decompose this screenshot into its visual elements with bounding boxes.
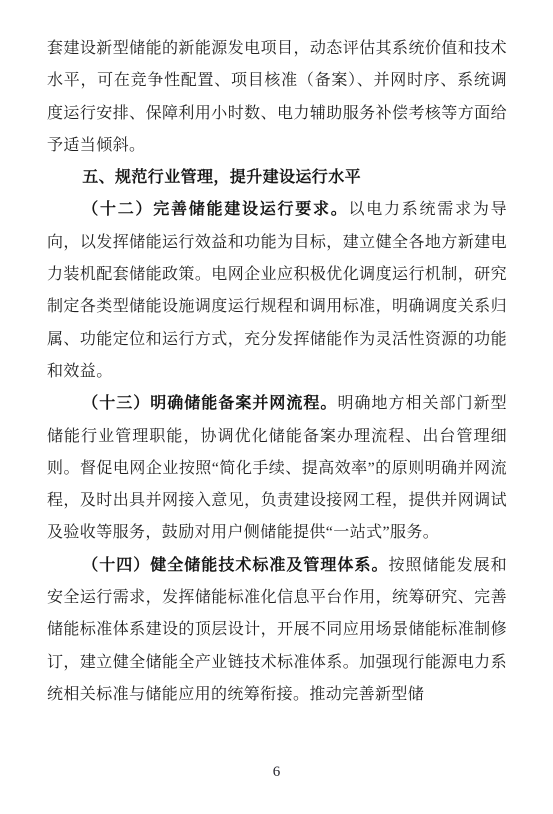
paragraph-14: （十四）健全储能技术标准及管理体系。按照储能发展和安全运行需求，发挥储能标准化信… xyxy=(47,550,507,711)
document-body: 套建设新型储能的新能源发电项目，动态评估其系统价值和技术水平，可在竞争性配置、项… xyxy=(47,33,507,711)
continuation-paragraph: 套建设新型储能的新能源发电项目，动态评估其系统价值和技术水平，可在竞争性配置、项… xyxy=(47,33,507,162)
page-number: 6 xyxy=(0,764,553,781)
paragraph-12-lead: （十二）完善储能建设运行要求。 xyxy=(82,201,348,218)
paragraph-14-lead: （十四）健全储能技术标准及管理体系。 xyxy=(82,557,388,574)
section-heading: 五、规范行业管理，提升建设运行水平 xyxy=(47,162,507,194)
paragraph-13-body: 明确地方相关部门新型储能行业管理职能，协调优化储能备案办理流程、出台管理细则。督… xyxy=(47,395,507,541)
document-page: 套建设新型储能的新能源发电项目，动态评估其系统价值和技术水平，可在竞争性配置、项… xyxy=(0,0,553,814)
paragraph-13-lead: （十三）明确储能备案并网流程。 xyxy=(82,395,337,412)
paragraph-14-body: 按照储能发展和安全运行需求，发挥储能标准化信息平台作用，统筹研究、完善储能标准体… xyxy=(47,557,507,703)
paragraph-13: （十三）明确储能备案并网流程。明确地方相关部门新型储能行业管理职能，协调优化储能… xyxy=(47,388,507,549)
paragraph-12: （十二）完善储能建设运行要求。以电力系统需求为导向，以发挥储能运行效益和功能为目… xyxy=(47,194,507,388)
paragraph-12-body: 以电力系统需求为导向，以发挥储能运行效益和功能为目标，建立健全各地方新建电力装机… xyxy=(47,201,507,379)
